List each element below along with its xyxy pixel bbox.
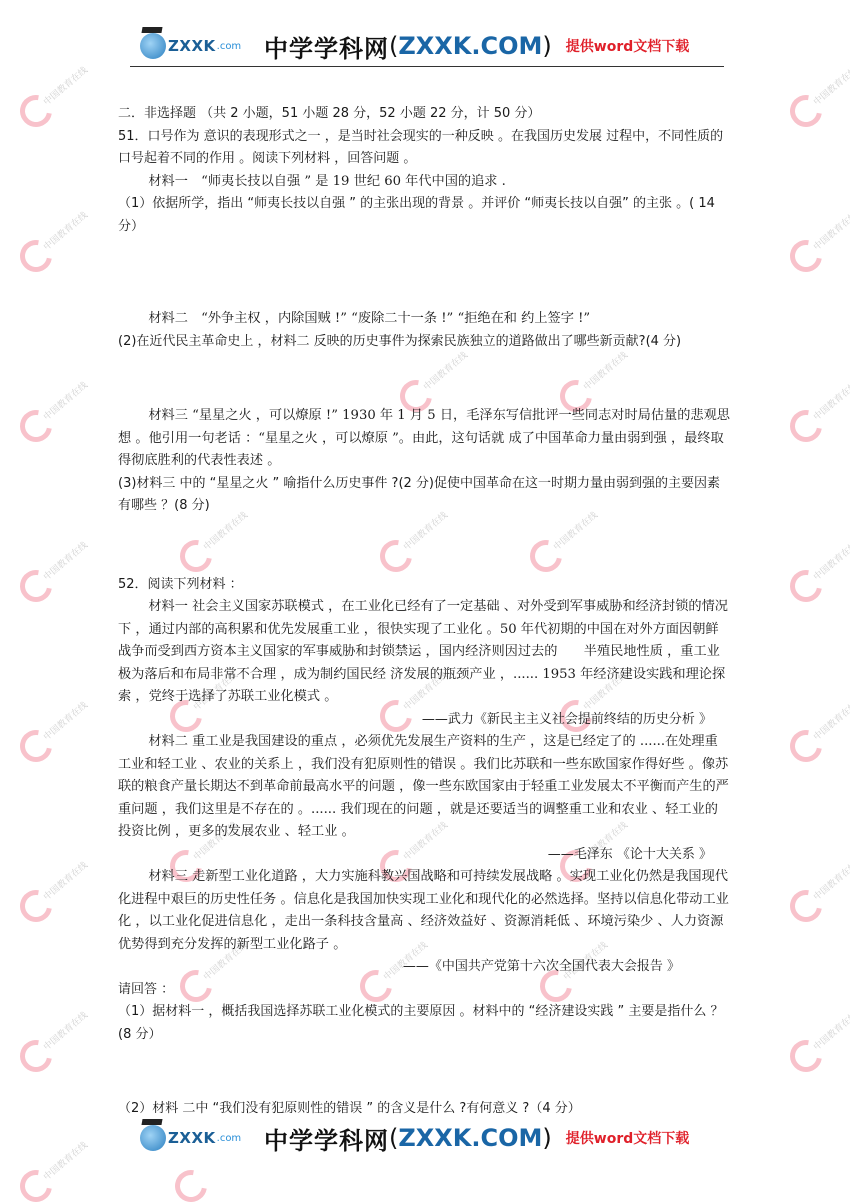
paren-open: ( bbox=[389, 32, 398, 60]
q51-question2: (2)在近代民主革命史上 ，材料二 反映的历史事件为探索民族独立的道路做出了哪些… bbox=[118, 331, 730, 354]
paren-close: ) bbox=[542, 1124, 551, 1152]
q51-intro: 51．口号作为 意识的表现形式之一 ，是当时社会现实的一种反映 。在我国历史发展… bbox=[118, 126, 730, 171]
q52-source3: ——《中国共产党第十六次全国代表大会报告 》 bbox=[118, 956, 730, 979]
watermark-icon: 中国教育在线 bbox=[790, 880, 838, 920]
slogan: 提供word文档下载 bbox=[566, 36, 689, 56]
q51-material3: 材料三 “星星之火 ，可以燎原 !” 1930 年 1 月 5 日，毛泽东写信批… bbox=[118, 405, 730, 473]
q52-material3: 材料三 走新型工业化道路 ，大力实施科教兴国战略和可持续发展战略 。实现工业化仍… bbox=[118, 866, 730, 956]
q52-material1: 材料一 社会主义国家苏联模式 ，在工业化已经有了一定基础 、对外受到军事威胁和经… bbox=[118, 596, 730, 709]
watermark-icon: 中国教育在线 bbox=[790, 400, 838, 440]
document-body: 二．非选择题 （共 2 小题，51 小题 28 分，52 小题 22 分，计 5… bbox=[118, 103, 730, 1121]
slogan: 提供word文档下载 bbox=[566, 1128, 689, 1148]
q52-intro: 52．阅读下列材料 ： bbox=[118, 574, 730, 597]
answer-space bbox=[118, 518, 730, 574]
footer-banner: ZXXK .com 中学学科网 ( ZXXK.COM ) 提供word文档下载 bbox=[140, 1118, 720, 1158]
watermark-icon: 中国教育在线 bbox=[20, 1030, 68, 1070]
q52-source2: ——毛泽东 《论十大关系 》 bbox=[118, 844, 730, 867]
watermark-icon: 中国教育在线 bbox=[20, 720, 68, 760]
watermark-icon: 中国教育在线 bbox=[790, 720, 838, 760]
watermark-icon: 中国教育在线 bbox=[790, 230, 838, 270]
watermark-icon: 中国教育在线 bbox=[20, 560, 68, 600]
q51-material2: 材料二 “外争主权 ，内除国贼 !” “废除二十一条 !” “拒绝在和 约上签字… bbox=[118, 308, 730, 331]
watermark-icon: 中国教育在线 bbox=[20, 230, 68, 270]
q51-question1: （1）依据所学，指出 “师夷长技以自强 ” 的主张出现的背景 。并评价 “师夷长… bbox=[118, 193, 730, 238]
watermark-icon bbox=[175, 1160, 223, 1200]
header-divider bbox=[130, 66, 724, 67]
site-domain[interactable]: ZXXK.COM bbox=[398, 1124, 542, 1152]
watermark-icon: 中国教育在线 bbox=[20, 1160, 68, 1200]
answer-space bbox=[118, 353, 730, 405]
paren-open: ( bbox=[389, 1124, 398, 1152]
section-title: 二．非选择题 （共 2 小题，51 小题 28 分，52 小题 22 分，计 5… bbox=[118, 103, 730, 126]
answer-space bbox=[118, 238, 730, 308]
site-name: 中学学科网 bbox=[264, 1121, 389, 1156]
q51-question3: (3)材料三 中的 “星星之火 ” 喻指什么历史事件 ?(2 分)促使中国革命在… bbox=[118, 473, 730, 518]
watermark-icon: 中国教育在线 bbox=[790, 85, 838, 125]
q52-material2: 材料二 重工业是我国建设的重点 ，必须优先发展生产资料的生产 ，这是已经定了的 … bbox=[118, 731, 730, 844]
logo-suffix: .com bbox=[217, 1133, 242, 1144]
site-logo[interactable]: ZXXK .com bbox=[140, 33, 252, 59]
logo-text: ZXXK bbox=[168, 1129, 216, 1147]
answer-space bbox=[118, 1046, 730, 1098]
site-logo[interactable]: ZXXK .com bbox=[140, 1125, 252, 1151]
watermark-icon: 中国教育在线 bbox=[790, 1030, 838, 1070]
watermark-icon: 中国教育在线 bbox=[20, 85, 68, 125]
site-domain[interactable]: ZXXK.COM bbox=[398, 32, 542, 60]
q51-material1: 材料一 “师夷长技以自强 ” 是 19 世纪 60 年代中国的追求 . bbox=[118, 171, 730, 194]
site-name: 中学学科网 bbox=[264, 29, 389, 64]
watermark-icon: 中国教育在线 bbox=[790, 560, 838, 600]
logo-suffix: .com bbox=[217, 41, 242, 52]
q52-source1: ——武力《新民主主义社会提前终结的历史分析 》 bbox=[118, 709, 730, 732]
mascot-icon bbox=[140, 1125, 166, 1151]
logo-text: ZXXK bbox=[168, 37, 216, 55]
paren-close: ) bbox=[542, 32, 551, 60]
watermark-icon: 中国教育在线 bbox=[20, 880, 68, 920]
q52-prompt: 请回答 ： bbox=[118, 979, 730, 1002]
q52-question1: （1）据材料一 ，概括我国选择苏联工业化模式的主要原因 。材料中的 “经济建设实… bbox=[118, 1001, 730, 1046]
watermark-icon: 中国教育在线 bbox=[20, 400, 68, 440]
mascot-icon bbox=[140, 33, 166, 59]
header-banner: ZXXK .com 中学学科网 ( ZXXK.COM ) 提供word文档下载 bbox=[140, 26, 720, 66]
